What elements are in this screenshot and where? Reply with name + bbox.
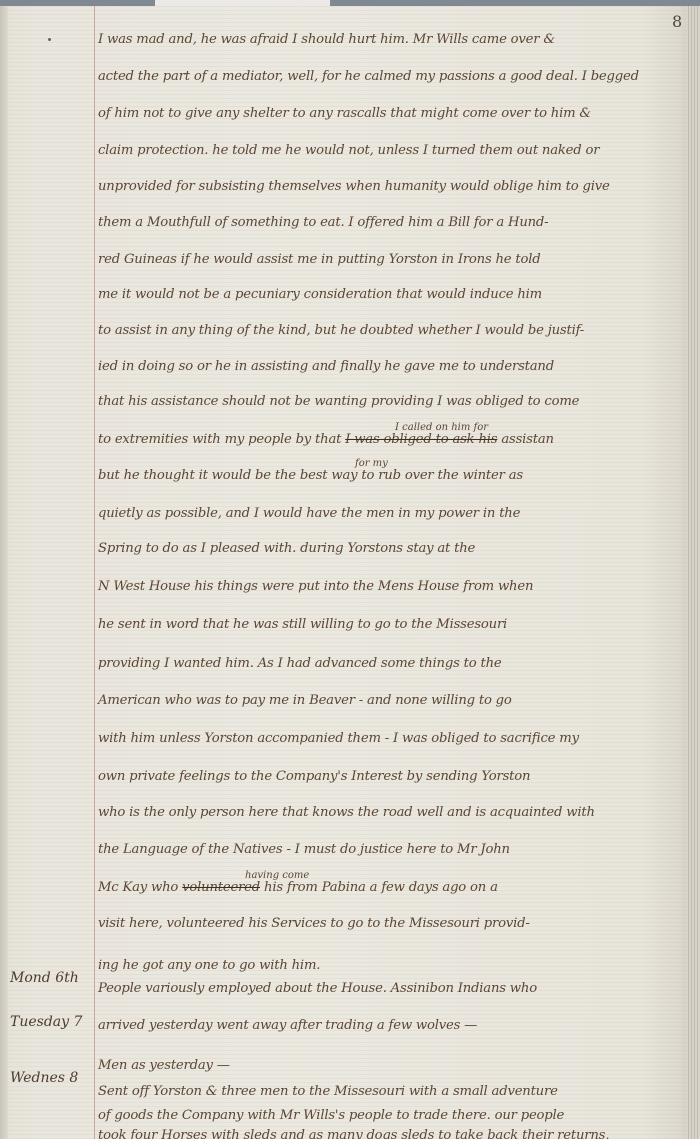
line-text: unprovided for subsisting themselves whe… bbox=[98, 179, 610, 194]
line-text: I was mad and, he was afraid I should hu… bbox=[98, 32, 555, 47]
line-text: me it would not be a pecuniary considera… bbox=[98, 287, 542, 302]
line-text: ied in doing so or he in assisting and f… bbox=[98, 359, 554, 374]
page-edges bbox=[686, 6, 700, 1139]
line-text: to extremities with my people by that bbox=[98, 432, 341, 447]
line-text: that his assistance should not be wantin… bbox=[98, 394, 579, 409]
struck-text: I was obliged to ask his bbox=[345, 432, 497, 447]
line-text: own private feelings to the Company's In… bbox=[98, 769, 530, 784]
line-text: to assist in any thing of the kind, but … bbox=[98, 323, 584, 338]
line-text: Men as yesterday — bbox=[98, 1058, 230, 1073]
line-text: quietly as possible, and I would have th… bbox=[98, 506, 520, 521]
manuscript-line: took four Horses with sleds and as many … bbox=[98, 1128, 609, 1139]
line-text: with him unless Yorston accompanied them… bbox=[98, 731, 579, 746]
line-text: Sent off Yorston & three men to the Miss… bbox=[98, 1084, 558, 1099]
manuscript-line: Spring to do as I pleased with. during Y… bbox=[98, 541, 475, 556]
manuscript-line: Sent off Yorston & three men to the Miss… bbox=[98, 1084, 558, 1099]
manuscript-line: of him not to give any shelter to any ra… bbox=[98, 106, 591, 121]
interlinear-insertion: I called on him for bbox=[395, 422, 488, 433]
manuscript-line: I was mad and, he was afraid I should hu… bbox=[98, 32, 555, 47]
manuscript-line: that his assistance should not be wantin… bbox=[98, 394, 579, 409]
manuscript-line: own private feelings to the Company's In… bbox=[98, 769, 530, 784]
line-text: Mc Kay who bbox=[98, 880, 178, 895]
line-text: but he thought it would be the best way … bbox=[98, 468, 523, 483]
line-text: the Language of the Natives - I must do … bbox=[98, 842, 510, 857]
manuscript-line: to assist in any thing of the kind, but … bbox=[98, 323, 584, 338]
manuscript-line: he sent in word that he was still willin… bbox=[98, 617, 507, 632]
line-text-continued: assistan bbox=[501, 432, 553, 447]
line-text: N West House his things were put into th… bbox=[98, 579, 533, 594]
page-binding bbox=[0, 6, 8, 1139]
manuscript-line: claim protection. he told me he would no… bbox=[98, 143, 599, 158]
manuscript-line: quietly as possible, and I would have th… bbox=[98, 506, 520, 521]
manuscript-line: of goods the Company with Mr Wills's peo… bbox=[98, 1108, 564, 1123]
line-text: acted the part of a mediator, well, for … bbox=[98, 69, 639, 84]
line-text: of goods the Company with Mr Wills's peo… bbox=[98, 1108, 564, 1123]
manuscript-line: with him unless Yorston accompanied them… bbox=[98, 731, 579, 746]
manuscript-line: ied in doing so or he in assisting and f… bbox=[98, 359, 554, 374]
line-text: visit here, volunteered his Services to … bbox=[98, 916, 530, 931]
manuscript-line: providing I wanted him. As I had advance… bbox=[98, 656, 501, 671]
line-text: red Guineas if he would assist me in put… bbox=[98, 252, 541, 267]
line-text: Spring to do as I pleased with. during Y… bbox=[98, 541, 475, 556]
entry-date: Mond 6th bbox=[10, 970, 79, 986]
page-number: 8 bbox=[672, 12, 682, 31]
line-text: People variously employed about the Hous… bbox=[98, 981, 537, 996]
interlinear-insertion: for my bbox=[355, 458, 388, 469]
line-text: he sent in word that he was still willin… bbox=[98, 617, 507, 632]
line-text: ing he got any one to go with him. bbox=[98, 958, 320, 973]
manuscript-line: me it would not be a pecuniary considera… bbox=[98, 287, 542, 302]
manuscript-line: People variously employed about the Hous… bbox=[98, 981, 537, 996]
manuscript-line: Mc Kay who volunteered his from Pabina a… bbox=[98, 880, 498, 895]
interlinear-insertion: having come bbox=[245, 870, 309, 881]
line-text: providing I wanted him. As I had advance… bbox=[98, 656, 501, 671]
manuscript-line: American who was to pay me in Beaver - a… bbox=[98, 693, 512, 708]
manuscript-line: to extremities with my people by that I … bbox=[98, 432, 554, 447]
manuscript-line: who is the only person here that knows t… bbox=[98, 805, 595, 820]
manuscript-line: N West House his things were put into th… bbox=[98, 579, 533, 594]
ink-spot bbox=[48, 38, 51, 41]
manuscript-line: unprovided for subsisting themselves whe… bbox=[98, 179, 610, 194]
manuscript-line: ing he got any one to go with him. bbox=[98, 958, 320, 973]
margin-rule bbox=[94, 6, 95, 1139]
entry-date: Wednes 8 bbox=[10, 1070, 78, 1086]
manuscript-line: red Guineas if he would assist me in put… bbox=[98, 252, 541, 267]
line-text: them a Mouthfull of something to eat. I … bbox=[98, 215, 548, 230]
line-text-continued: his from Pabina a few days ago on a bbox=[264, 880, 498, 895]
line-text: American who was to pay me in Beaver - a… bbox=[98, 693, 512, 708]
manuscript-line: them a Mouthfull of something to eat. I … bbox=[98, 215, 548, 230]
line-text: took four Horses with sleds and as many … bbox=[98, 1128, 609, 1139]
line-text: arrived yesterday went away after tradin… bbox=[98, 1018, 477, 1033]
manuscript-line: Men as yesterday — bbox=[98, 1058, 230, 1073]
manuscript-line: the Language of the Natives - I must do … bbox=[98, 842, 510, 857]
line-text: of him not to give any shelter to any ra… bbox=[98, 106, 591, 121]
manuscript-line: acted the part of a mediator, well, for … bbox=[98, 69, 639, 84]
manuscript-line: visit here, volunteered his Services to … bbox=[98, 916, 530, 931]
manuscript-line: arrived yesterday went away after tradin… bbox=[98, 1018, 477, 1033]
struck-text: volunteered bbox=[182, 880, 260, 895]
entry-date: Tuesday 7 bbox=[10, 1014, 82, 1030]
manuscript-line: but he thought it would be the best way … bbox=[98, 468, 523, 483]
line-text: who is the only person here that knows t… bbox=[98, 805, 595, 820]
line-text: claim protection. he told me he would no… bbox=[98, 143, 599, 158]
